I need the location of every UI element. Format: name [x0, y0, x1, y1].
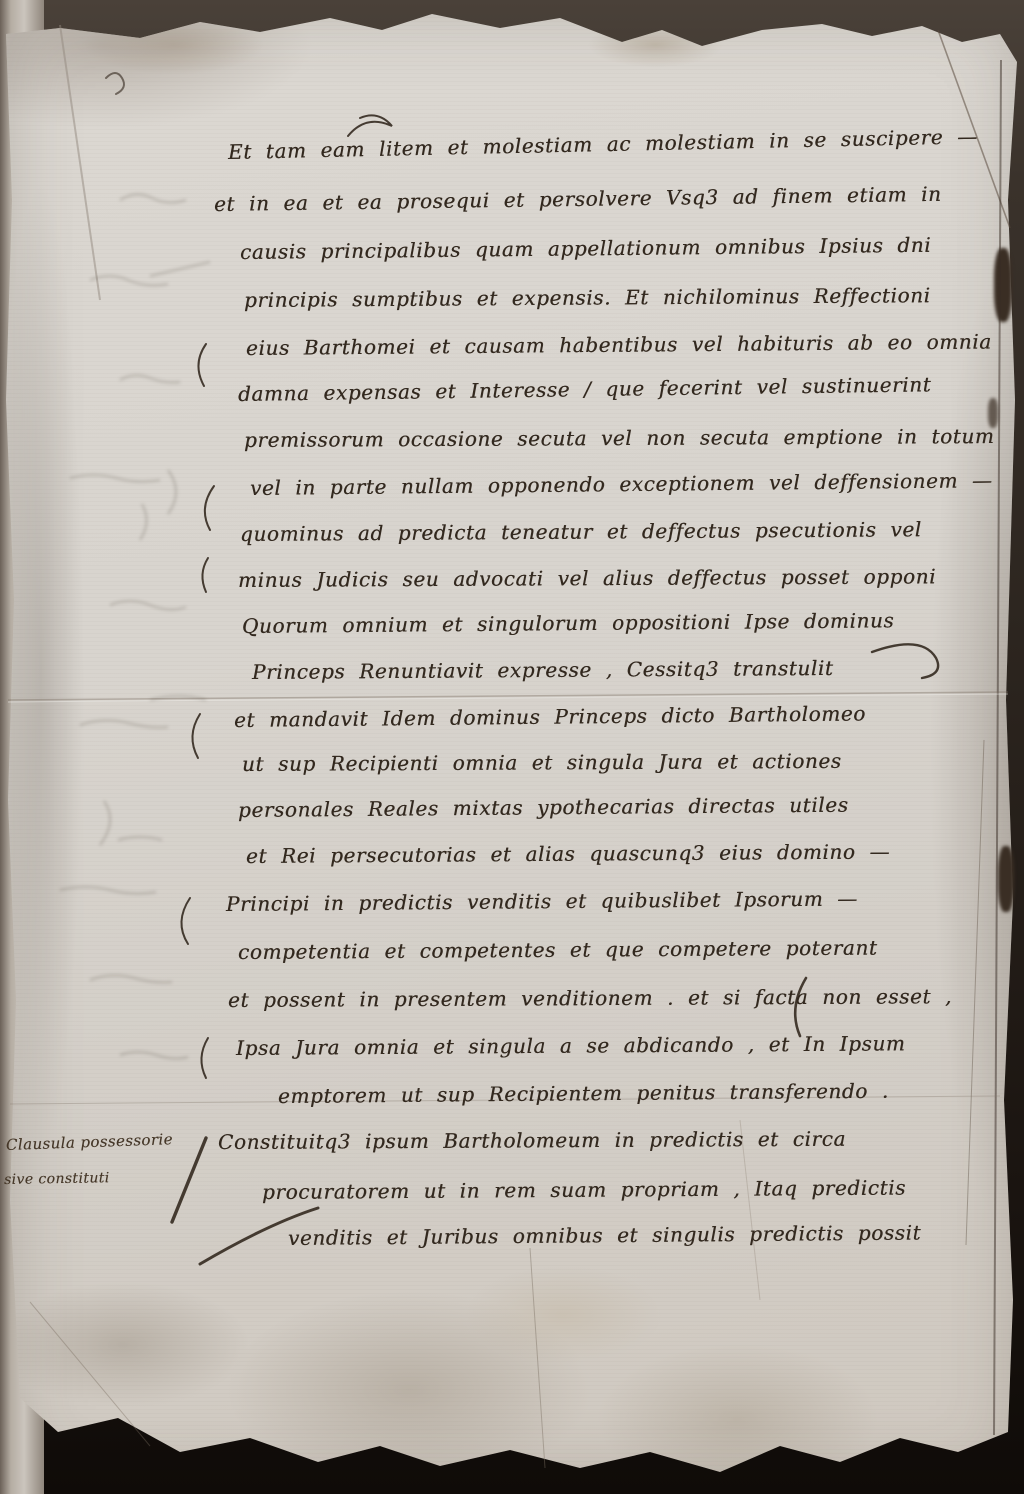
- manuscript-line: Ipsa Jura omnia et singula a se abdicand…: [236, 1031, 906, 1060]
- manuscript-line: et Rei persecutorias et alias quascunq3 …: [246, 840, 890, 868]
- manuscript-line: Princeps Renuntiavit expresse , Cessitq3…: [252, 656, 834, 684]
- manuscript-line: premissorum occasione secuta vel non sec…: [244, 424, 995, 452]
- manuscript-line: Constituitq3 ipsum Bartholomeum in predi…: [218, 1127, 846, 1154]
- edge-damage-spot: [994, 248, 1012, 322]
- manuscript-page: [0, 0, 1024, 1494]
- manuscript-line: minus Judicis seu advocati vel alius def…: [238, 564, 936, 592]
- margin-note-sive-constituti: sive constituti: [4, 1170, 110, 1188]
- manuscript-scan: Et tam eam litem et molestiam ac molesti…: [0, 0, 1024, 1494]
- manuscript-line: competentia et competentes et que compet…: [238, 936, 878, 964]
- manuscript-line: principis sumptibus et expensis. Et nich…: [244, 283, 931, 312]
- manuscript-line: procuratorem ut in rem suam propriam , I…: [262, 1176, 906, 1204]
- manuscript-line: et possent in presentem venditionem . et…: [228, 984, 952, 1012]
- edge-damage-spot: [998, 846, 1014, 912]
- manuscript-line: quominus ad predicta teneatur et deffect…: [240, 517, 922, 546]
- manuscript-line: ut sup Recipienti omnia et singula Jura …: [242, 749, 842, 776]
